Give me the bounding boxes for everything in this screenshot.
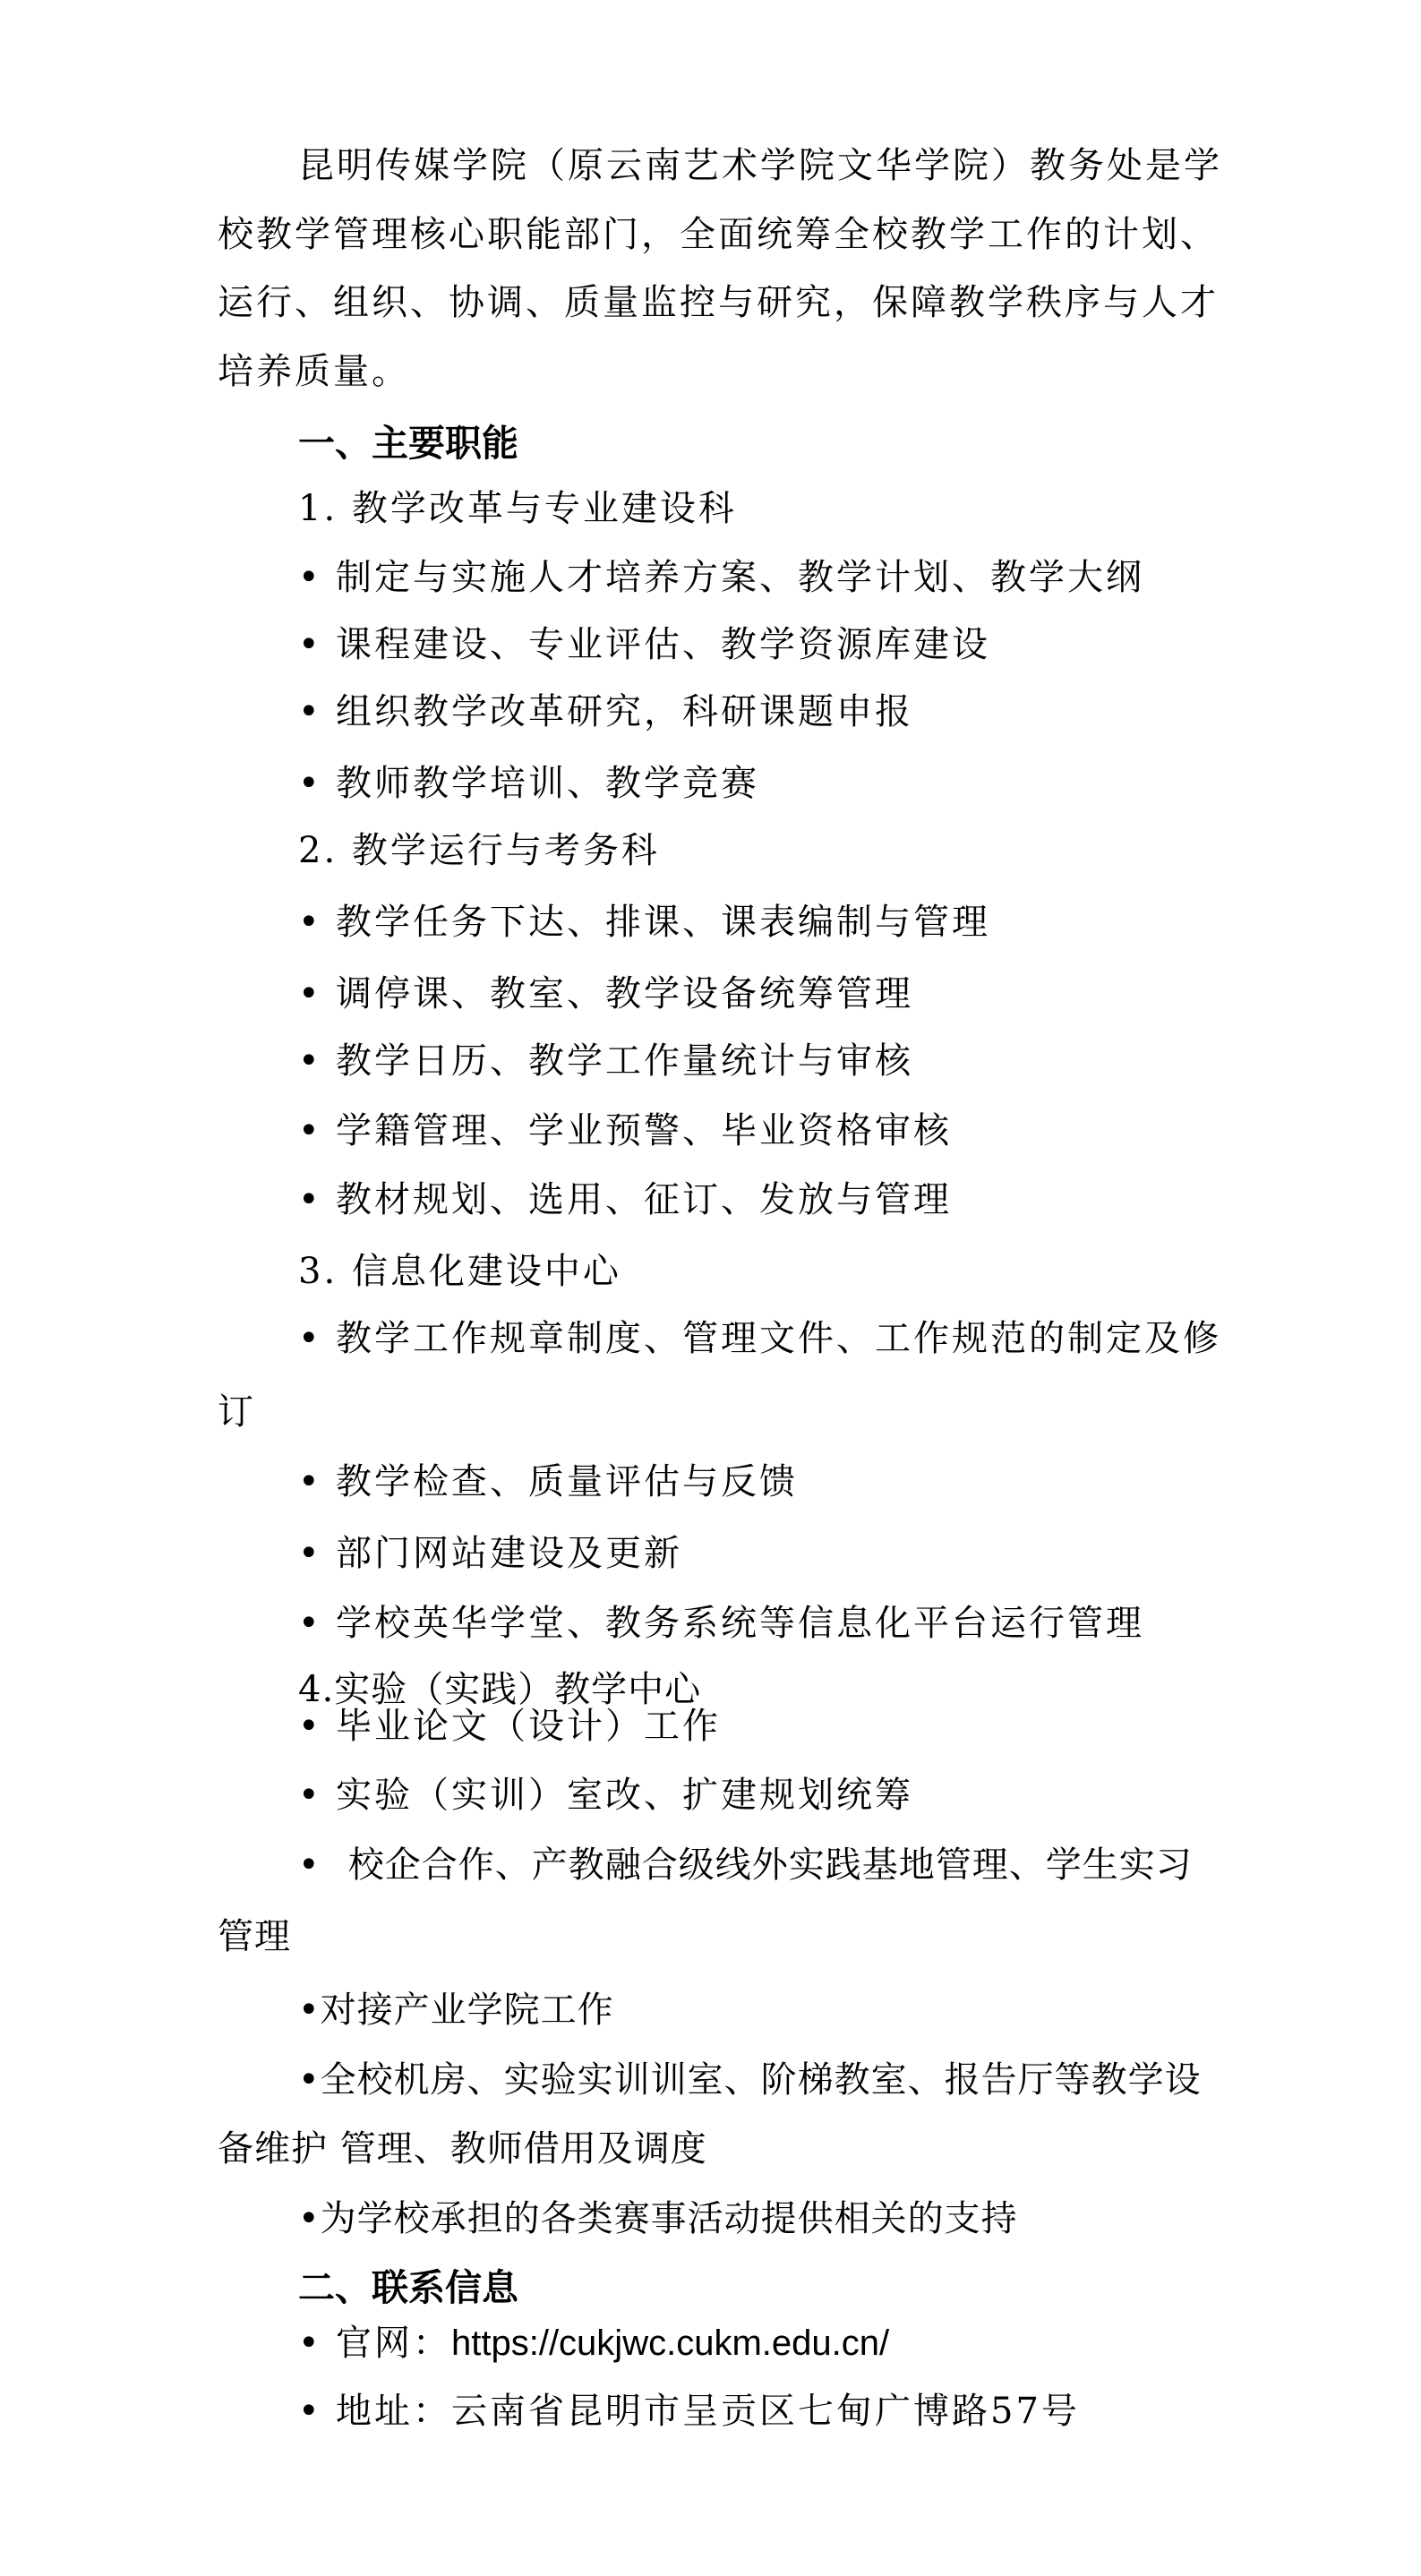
intro-line-3: 运行、组织、协调、质量监控与研究，保障教学秩序与人才 [218,276,1211,329]
list-item: •学校英华学堂、教务系统等信息化平台运行管理 [298,1596,1292,1650]
list-item: •课程建设、专业评估、教学资源库建设 [298,618,1292,672]
bullet-icon: • [298,2384,336,2438]
website-label: 官网： [336,2323,451,2364]
website-link[interactable]: https://cukjwc.cukm.edu.cn/ [451,2324,889,2363]
list-item: •教学工作规章制度、管理文件、工作规范的制定及修 [298,1312,1292,1365]
list-item-continuation: 备维护 管理、教师借用及调度 [218,2122,1211,2176]
bullet-icon: • [298,1838,336,1892]
bullet-icon: • [298,1312,336,1365]
list-item: •全校机房、实验实训训室、阶梯教室、报告厅等教学设 [298,2053,1292,2107]
bullet-icon: • [298,1596,336,1650]
list-item: •调停课、教室、教学设备统筹管理 [298,967,1292,1021]
document-page: 昆明传媒学院（原云南艺术学院文华学院）教务处是学 校教学管理核心职能部门，全面统… [0,0,1421,2576]
address-label: 地址： [336,2391,451,2432]
list-item: •对接产业学院工作 [298,1983,1292,2037]
contact-address: •地址：云南省昆明市呈贡区七甸广博路57号 [298,2384,1292,2438]
list-item: •毕业论文（设计）工作 [298,1699,1292,1753]
contact-website: •官网：https://cukjwc.cukm.edu.cn/ [298,2316,1292,2370]
list-item: •教学日历、教学工作量统计与审核 [298,1034,1292,1088]
list-item-continuation: 管理 [218,1910,1211,1964]
group-title-2: 2. 教学运行与考务科 [298,824,1292,877]
section-heading-contact-info: 二、联系信息 [298,2261,1292,2315]
bullet-icon: • [298,1034,336,1088]
bullet-icon: • [298,1699,336,1753]
bullet-icon: • [298,2316,336,2370]
intro-line-4: 培养质量。 [218,345,1211,398]
bullet-icon: • [298,1104,336,1158]
bullet-icon: • [298,895,336,949]
bullet-icon: • [298,1455,336,1509]
list-item: •为学校承担的各类赛事活动提供相关的支持 [298,2192,1292,2246]
bullet-icon: • [298,1768,336,1822]
list-item: • 校企合作、产教融合级线外实践基地管理、学生实习 [298,1838,1292,1892]
bullet-icon: • [298,551,336,604]
bullet-icon: • [298,1173,336,1227]
bullet-icon: • [298,757,336,810]
intro-line-1: 昆明传媒学院（原云南艺术学院文华学院）教务处是学 [298,139,1292,193]
list-item: •实验（实训）室改、扩建规划统筹 [298,1768,1292,1822]
intro-line-2: 校教学管理核心职能部门，全面统筹全校教学工作的计划、 [218,208,1211,261]
list-item: •教学检查、质量评估与反馈 [298,1455,1292,1509]
group-title-3: 3. 信息化建设中心 [298,1245,1292,1298]
list-item: •学籍管理、学业预警、毕业资格审核 [298,1104,1292,1158]
bullet-icon: • [298,618,336,672]
list-item: •教师教学培训、教学竞赛 [298,757,1292,810]
group-title-1: 1. 教学改革与专业建设科 [298,482,1292,535]
list-item: •部门网站建设及更新 [298,1527,1292,1580]
bullet-icon: • [298,685,336,739]
section-heading-main-functions: 一、主要职能 [298,416,1292,470]
bullet-icon: • [298,1527,336,1580]
list-item: •组织教学改革研究，科研课题申报 [298,685,1292,739]
bullet-icon: • [298,967,336,1021]
list-item: •教材规划、选用、征订、发放与管理 [298,1173,1292,1227]
list-item: •制定与实施人才培养方案、教学计划、教学大纲 [298,551,1292,604]
list-item: •教学任务下达、排课、课表编制与管理 [298,895,1292,949]
address-value: 云南省昆明市呈贡区七甸广博路57号 [451,2391,1080,2432]
list-item-continuation: 订 [218,1385,1211,1439]
